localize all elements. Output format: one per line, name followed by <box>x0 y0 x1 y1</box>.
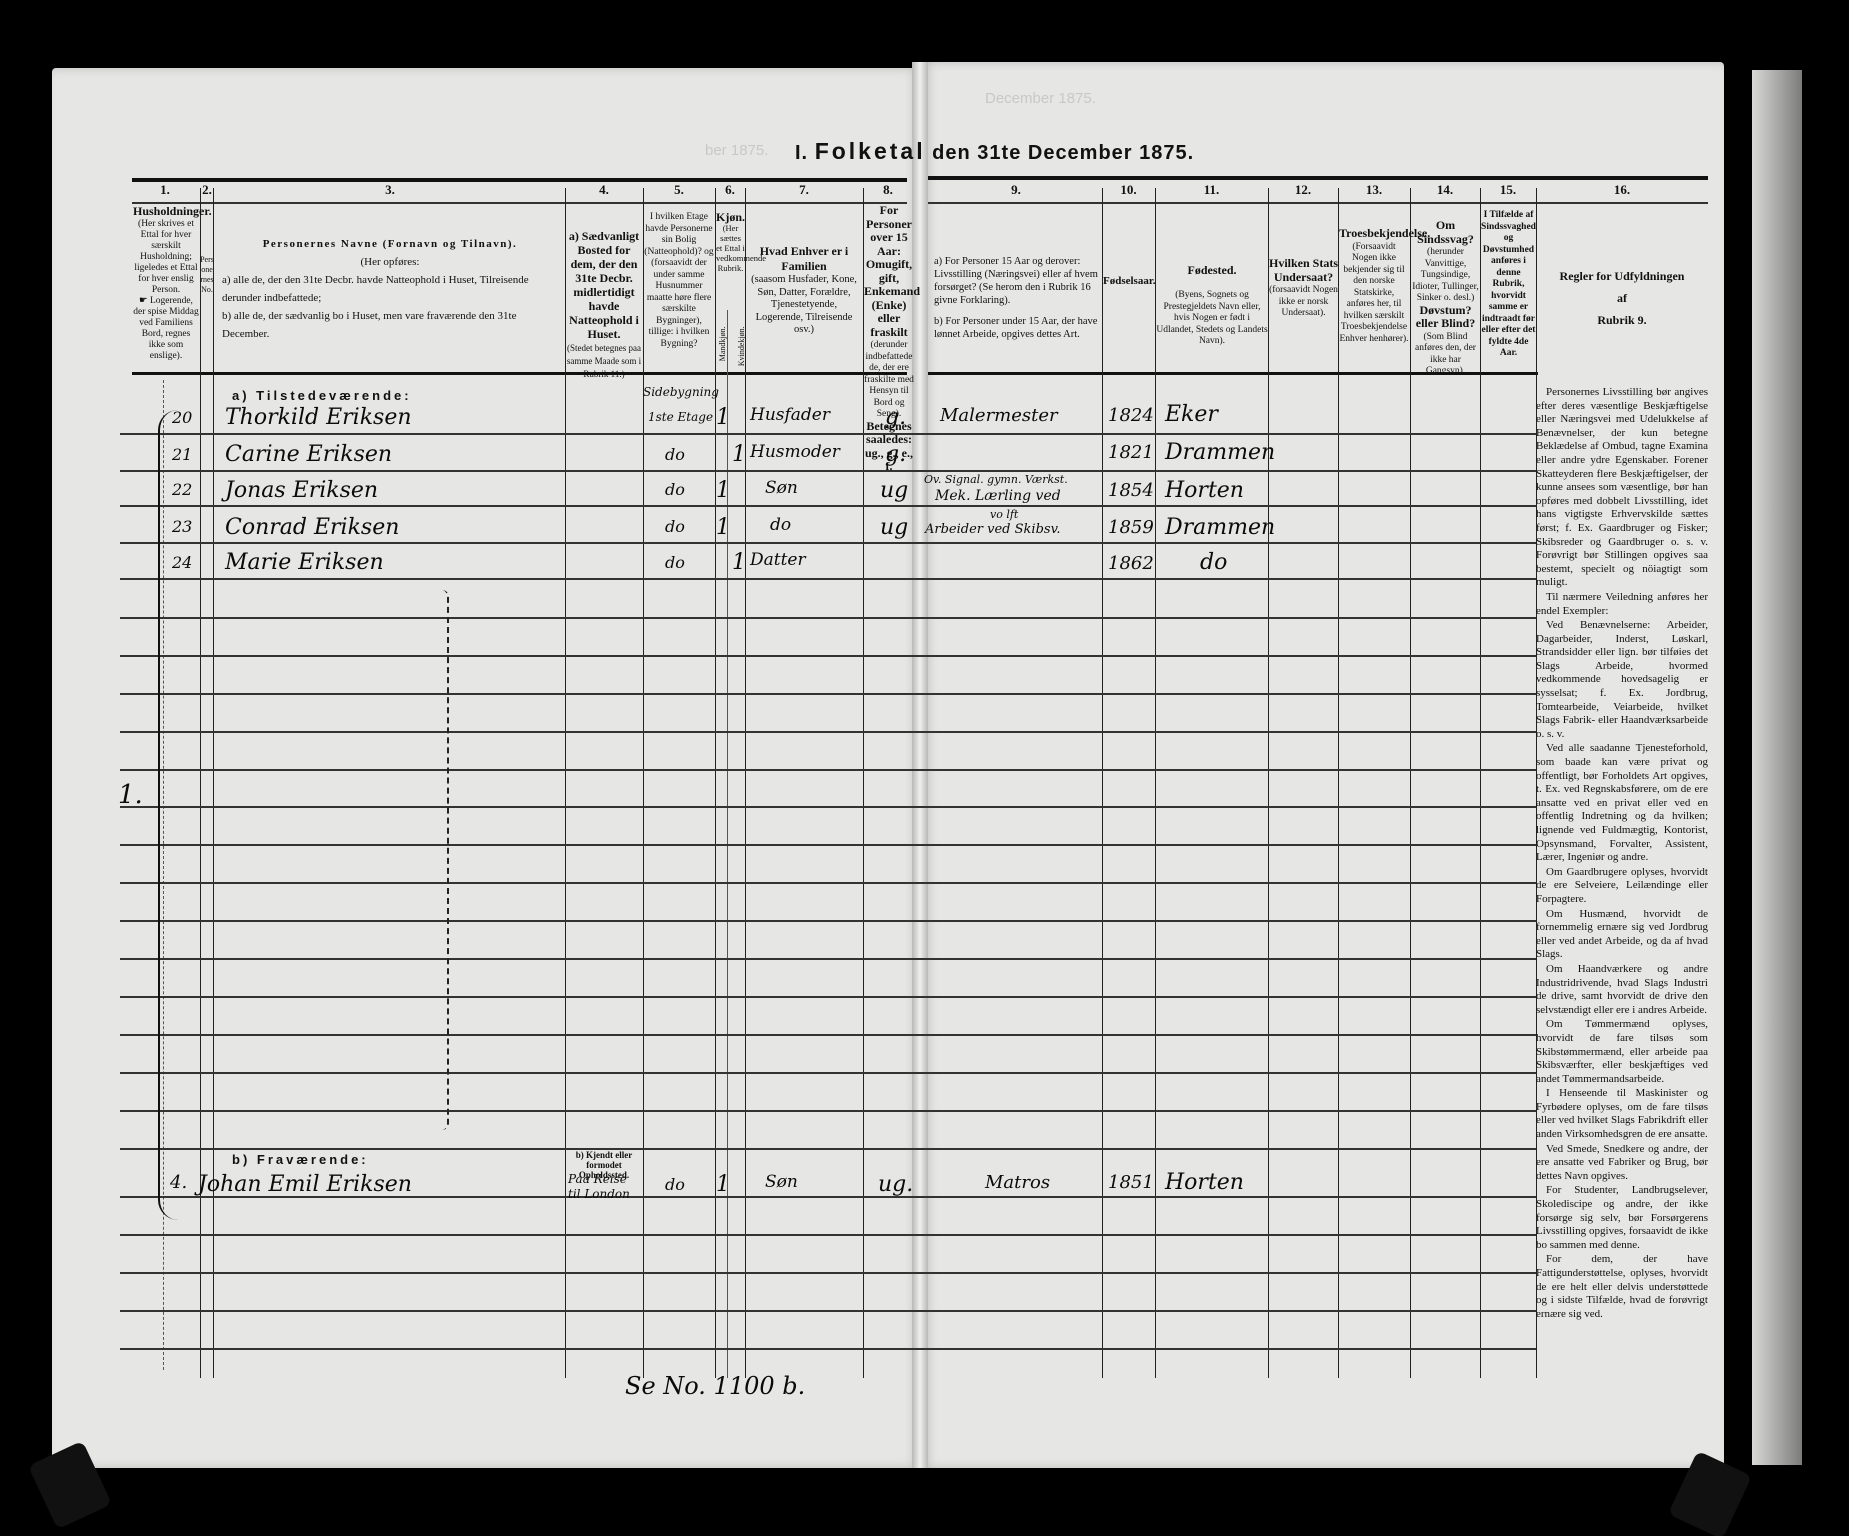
col-divider <box>1338 188 1339 1378</box>
rules-paragraph: Til nærmere Veiledning anføres her endel… <box>1536 591 1708 618</box>
page-title: I. Folketal den 31te December 1875. <box>795 138 1194 165</box>
row-male: 1 <box>716 405 730 430</box>
header-note: ☛ Logerende, der spise Middag ved Famili… <box>133 296 198 361</box>
header-title: a) Sædvanligt Bosted for dem, der den 31… <box>569 229 639 341</box>
row-whereabouts: Paa Reise <box>568 1172 627 1186</box>
rules-paragraph: Om Husmænd, hvorvidt de fornemmelig ernæ… <box>1536 908 1708 962</box>
column-number: 12. <box>1268 182 1338 198</box>
row-occupation-line1: Ov. Signal. gymn. Værkst. <box>924 473 1068 486</box>
row-floor: do <box>665 445 685 464</box>
header-title: Fødested. <box>1188 263 1237 277</box>
column-subheader-male: Mandkjøn. <box>717 331 730 361</box>
column-number: 1. <box>140 182 190 198</box>
row-name: Johan Emil Eriksen <box>198 1172 412 1197</box>
header-title: Husholdninger. <box>133 204 212 218</box>
header-note: (Her opføres: <box>222 253 558 271</box>
row-birth-year: 1851 <box>1108 1172 1154 1193</box>
bleed-through-text: ber 1875. <box>705 142 768 159</box>
row-birthplace: Drammen <box>1165 440 1275 465</box>
header-note: (Stedet betegnes paa samme Maade som i R… <box>567 343 641 379</box>
column-header-households: Husholdninger. (Her skrives et Ettal for… <box>133 206 199 362</box>
row-female: 1 <box>732 442 746 467</box>
row-female: 1 <box>732 550 746 575</box>
row-family-role: Datter <box>750 550 806 570</box>
header-note: (Som Blind anføres den, der ikke har Gan… <box>1415 332 1476 377</box>
row-occupation: Malermester <box>940 405 1058 426</box>
row-whereabouts: til London <box>568 1187 630 1201</box>
row-occupation: Mek. Lærling ved <box>935 488 1061 504</box>
row-name: Marie Eriksen <box>225 550 384 575</box>
row-occupation: Matros <box>985 1172 1050 1193</box>
row-family-role: Husmoder <box>750 442 840 462</box>
row-birthplace: Eker <box>1165 402 1218 427</box>
row-name: Jonas Eriksen <box>225 478 378 503</box>
row-civil-status: ug <box>880 515 908 540</box>
column-number: 8. <box>863 182 913 198</box>
column-number: 14. <box>1410 182 1480 198</box>
book-spine <box>912 62 928 1468</box>
header-title: Kjøn. <box>716 210 745 224</box>
row-birthplace: Horten <box>1165 478 1244 503</box>
row-birthplace: Drammen <box>1165 515 1275 540</box>
book-edge-right <box>1752 70 1802 1465</box>
row-name: Conrad Eriksen <box>225 515 399 540</box>
rules-paragraph: Om Haandværkere og andre Industridrivend… <box>1536 963 1708 1017</box>
col-divider <box>1268 188 1269 1378</box>
row-floor: do <box>665 480 685 499</box>
rules-paragraph: I Henseende til Maskinister og Fyrbødere… <box>1536 1087 1708 1141</box>
row-male: 1 <box>716 1172 730 1197</box>
row-person-no: 20 <box>172 408 192 427</box>
header-note: (Forsaavidt Nogen ikke bekjender sig til… <box>1339 242 1408 344</box>
col-divider <box>745 188 746 1378</box>
column-number: 9. <box>930 182 1102 198</box>
header-title: Om Sindssvag? <box>1417 218 1474 246</box>
row-occupation: Arbeider ved Skibsv. <box>925 522 1061 537</box>
column-number: 3. <box>215 182 565 198</box>
header-title-mid: af <box>1536 287 1708 309</box>
column-header-person-no: Personernes No. <box>200 255 214 295</box>
header-title: Regler for Udfyldningen <box>1536 265 1708 287</box>
row-male: 1 <box>716 515 730 540</box>
column-header-floor: I hvilken Etage havde Personerne sin Bol… <box>644 212 714 350</box>
header-title: For Personer over 15 Aar: Omugift, gift,… <box>864 203 920 339</box>
section-label-absent: b) Fraværende: <box>232 1152 369 1167</box>
header-note: (Her skrives et Ettal for hver særskilt … <box>134 219 197 295</box>
section-label-present: a) Tilstedeværende: <box>232 388 412 403</box>
row-family-role: do <box>770 515 791 535</box>
header-item-b: b) alle de, der sædvanlig bo i Huset, me… <box>222 307 558 343</box>
header-title-end: Rubrik 9. <box>1536 309 1708 331</box>
col-divider <box>213 188 214 1378</box>
rules-paragraph: Personernes Livsstilling bør angives eft… <box>1536 386 1708 590</box>
title-main: Folketal <box>815 138 926 164</box>
header-title-2: Døvstum? eller Blind? <box>1416 303 1475 331</box>
header-item-a: a) alle de, der den 31te Decbr. havde Na… <box>222 271 558 307</box>
column-number: 11. <box>1155 182 1268 198</box>
rules-for-column-9: Personernes Livsstilling bør angives eft… <box>1536 386 1708 1322</box>
column-header-disability: Om Sindssvag? (herunder Vanvittige, Tung… <box>1411 220 1480 378</box>
header-note: (forsaavidt Nogen ikke er norsk Undersaa… <box>1269 285 1338 318</box>
row-name: Carine Eriksen <box>225 442 392 467</box>
row-building: Sidebygning <box>643 385 719 399</box>
column-header-citizenship: Hvilken Stats Undersaat? (forsaavidt Nog… <box>1269 258 1338 320</box>
title-rest: den 31te December 1875. <box>932 142 1194 164</box>
column-number: 16. <box>1536 182 1708 198</box>
rules-paragraph: Ved Smede, Snedkere og andre, der ere an… <box>1536 1143 1708 1184</box>
col-divider <box>200 188 201 1378</box>
row-floor: do <box>665 517 685 536</box>
rules-paragraph: Om Gaardbrugere oplyses, hvorvidt de ere… <box>1536 866 1708 907</box>
row-floor: 1ste Etage <box>648 410 713 424</box>
row-floor: do <box>665 1175 685 1194</box>
column-header-usual-residence: a) Sædvanligt Bosted for dem, der den 31… <box>566 230 642 381</box>
header-note: (Byens, Sognets og Prestegjeldets Navn e… <box>1156 290 1267 346</box>
row-person-no: 24 <box>172 553 192 572</box>
row-birthplace: Horten <box>1165 1170 1244 1195</box>
rules-paragraph: Om Tømmermænd oplyses, hvorvidt de fare … <box>1536 1018 1708 1086</box>
row-name: Thorkild Eriksen <box>225 405 412 430</box>
row-person-no: 4. <box>170 1172 187 1193</box>
col-divider <box>643 188 644 1378</box>
bleed-through-text: December 1875. <box>985 90 1096 107</box>
column-number: 4. <box>565 182 643 198</box>
row-birth-year: 1859 <box>1108 517 1154 538</box>
col-divider <box>715 188 716 1378</box>
row-civil-status: g. <box>885 405 906 430</box>
column-header-rules: Regler for Udfyldningen af Rubrik 9. <box>1536 265 1708 331</box>
column-header-birth-year: Fødselsaar. <box>1103 275 1155 288</box>
row-family-role: Søn <box>765 478 798 498</box>
footer-reference-note: Se No. 1100 b. <box>625 1372 805 1400</box>
header-note: b) For Personer under 15 Aar, der have l… <box>934 315 1099 341</box>
column-number: 5. <box>643 182 715 198</box>
row-birth-year: 1862 <box>1108 553 1154 574</box>
colnum-rule-right <box>928 202 1708 204</box>
column-number: 7. <box>745 182 863 198</box>
row-birth-year: 1824 <box>1108 405 1154 426</box>
household-number: 1. <box>118 780 143 810</box>
column-number: 6. <box>715 182 745 198</box>
col-divider <box>1480 188 1481 1378</box>
title-prefix: I. <box>795 142 808 164</box>
column-header-religion: Troesbekjendelse. (Forsaavidt Nogen ikke… <box>1339 228 1409 345</box>
header-note: (saasom Husfader, Kone, Søn, Datter, For… <box>751 274 857 335</box>
row-occupation-line1: vo lft <box>990 508 1018 521</box>
header-title: Hvad Enhver er i Familien <box>760 244 849 273</box>
header-note: (herunder Vanvittige, Tungsindige, Idiot… <box>1412 247 1479 303</box>
ditto-squiggle <box>435 590 449 1130</box>
row-person-no: 21 <box>172 445 192 464</box>
row-birth-year: 1854 <box>1108 480 1154 501</box>
col-divider <box>1155 188 1156 1378</box>
rules-paragraph: For dem, der have Fattigunderstøttelse, … <box>1536 1253 1708 1321</box>
column-number: 2. <box>200 182 214 198</box>
header-title: Personernes Navne (Fornavn og Tilnavn). <box>222 235 558 253</box>
column-number: 15. <box>1480 182 1536 198</box>
header-bottom-rule-left <box>132 372 907 375</box>
row-male: 1 <box>716 478 730 503</box>
row-person-no: 23 <box>172 517 192 536</box>
top-rule-right <box>928 176 1708 180</box>
column-header-birthplace: Fødested. (Byens, Sognets og Prestegjeld… <box>1156 265 1268 348</box>
rules-paragraph: Ved Benævnelserne: Arbeider, Dagarbeider… <box>1536 619 1708 741</box>
row-birthplace: do <box>1200 550 1227 575</box>
row-person-no: 22 <box>172 480 192 499</box>
column-header-sex: Kjøn. (Her sættes et Ettal i vedkommende… <box>716 212 745 273</box>
rules-paragraph: Ved alle saadanne Tjenesteforhold, som b… <box>1536 742 1708 864</box>
colnum-rule-left <box>132 202 907 204</box>
header-title: a) For Personer 15 Aar og derover: Livss… <box>934 255 1099 307</box>
column-header-onset: I Tilfælde af Sindssvaghed og Døvstumhed… <box>1481 210 1536 360</box>
column-number: 13. <box>1338 182 1410 198</box>
row-family-role: Søn <box>765 1172 798 1192</box>
column-header-family-role: Hvad Enhver er i Familien (saasom Husfad… <box>746 245 862 337</box>
header-title: Hvilken Stats Undersaat? <box>1269 256 1338 284</box>
column-number: 10. <box>1102 182 1155 198</box>
rules-paragraph: For Studenter, Landbrugselever, Skoledis… <box>1536 1184 1708 1252</box>
row-family-role: Husfader <box>750 405 830 425</box>
column-header-occupation: a) For Personer 15 Aar og derover: Livss… <box>934 255 1099 341</box>
row-civil-status: ug. <box>878 1172 913 1197</box>
row-floor: do <box>665 553 685 572</box>
row-civil-status: g. <box>885 442 906 467</box>
row-civil-status: ug <box>880 478 908 503</box>
col-divider <box>1102 188 1103 1378</box>
column-header-names: Personernes Navne (Fornavn og Tilnavn). … <box>222 235 558 343</box>
row-birth-year: 1821 <box>1108 442 1154 463</box>
